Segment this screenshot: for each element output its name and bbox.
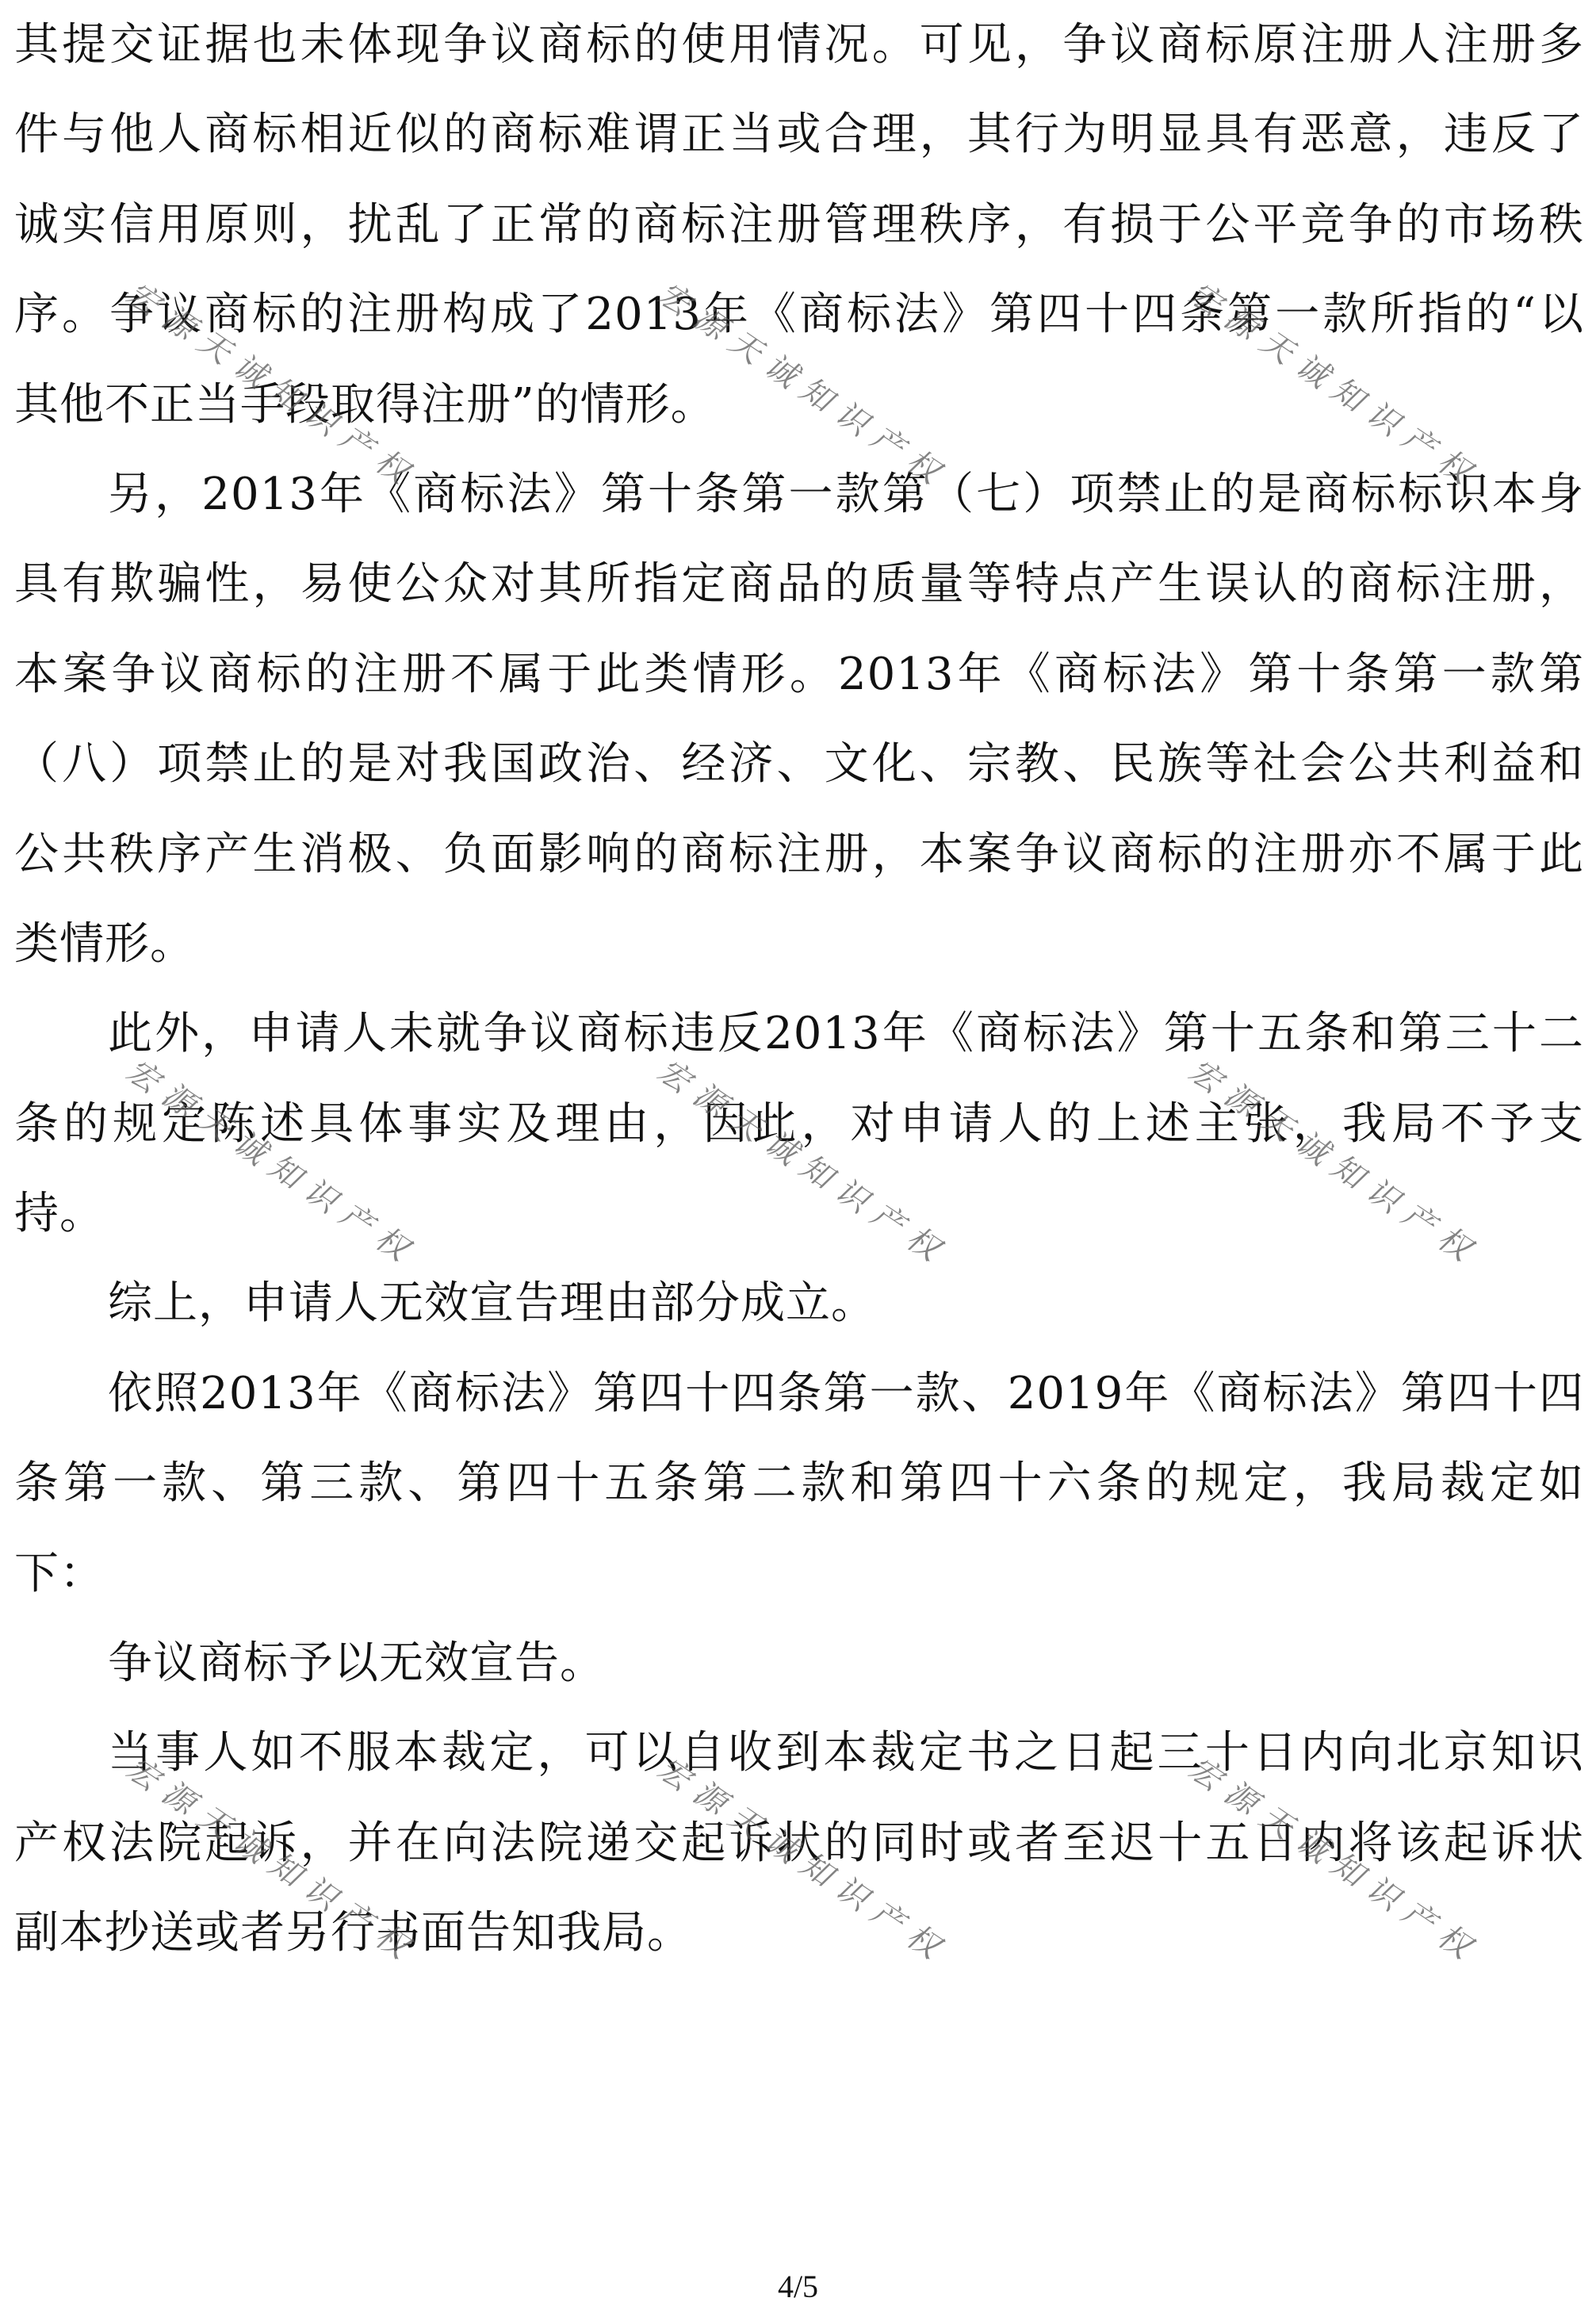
text-line: 产权法院起诉，并在向法院递交起诉状的同时或者至迟十五日内将该起诉状	[14, 1798, 1584, 1888]
text-line: 其他不正当手段取得注册”的情形。	[14, 360, 1584, 450]
text-line: 条第一款、第三款、第四十五条第二款和第四十六条的规定，我局裁定如	[14, 1438, 1584, 1528]
text-line: 下：	[14, 1529, 1584, 1618]
text-line: 依照2013年《商标法》第四十四条第一款、2019年《商标法》第四十四	[14, 1349, 1584, 1438]
text-line: 当事人如不服本裁定，可以自收到本裁定书之日起三十日内向北京知识	[14, 1708, 1584, 1798]
text-line: 件与他人商标相近似的商标难谓正当或合理，其行为明显具有恶意，违反了	[14, 90, 1584, 179]
text-line: 持。	[14, 1169, 1584, 1258]
text-line: 副本抄送或者另行书面告知我局。	[14, 1888, 1584, 1978]
text-line: 序。争议商标的注册构成了2013年《商标法》第四十四条第一款所指的“以	[14, 270, 1584, 359]
page-number: 4/5	[0, 2268, 1596, 2305]
text-line: 具有欺骗性，易使公众对其所指定商品的质量等特点产生误认的商标注册，	[14, 539, 1584, 629]
text-line: 诚实信用原则，扰乱了正常的商标注册管理秩序，有损于公平竞争的市场秩	[14, 180, 1584, 270]
text-line: 另，2013年《商标法》第十条第一款第（七）项禁止的是商标标识本身	[14, 450, 1584, 539]
document-body: 其提交证据也未体现争议商标的使用情况。可见，争议商标原注册人注册多 件与他人商标…	[14, 0, 1584, 1978]
text-line: 类情形。	[14, 899, 1584, 989]
text-line: 本案争议商标的注册不属于此类情形。2013年《商标法》第十条第一款第	[14, 630, 1584, 719]
text-line: 其提交证据也未体现争议商标的使用情况。可见，争议商标原注册人注册多	[14, 0, 1584, 90]
text-line: 公共秩序产生消极、负面影响的商标注册，本案争议商标的注册亦不属于此	[14, 810, 1584, 899]
text-line: 争议商标予以无效宣告。	[14, 1618, 1584, 1708]
document-page: 其提交证据也未体现争议商标的使用情况。可见，争议商标原注册人注册多 件与他人商标…	[0, 0, 1596, 2317]
text-line: 综上，申请人无效宣告理由部分成立。	[14, 1258, 1584, 1348]
text-line: 条的规定陈述具体事实及理由，因此，对申请人的上述主张，我局不予支	[14, 1079, 1584, 1169]
text-line: （八）项禁止的是对我国政治、经济、文化、宗教、民族等社会公共利益和	[14, 719, 1584, 809]
text-line: 此外，申请人未就争议商标违反2013年《商标法》第十五条和第三十二	[14, 989, 1584, 1078]
